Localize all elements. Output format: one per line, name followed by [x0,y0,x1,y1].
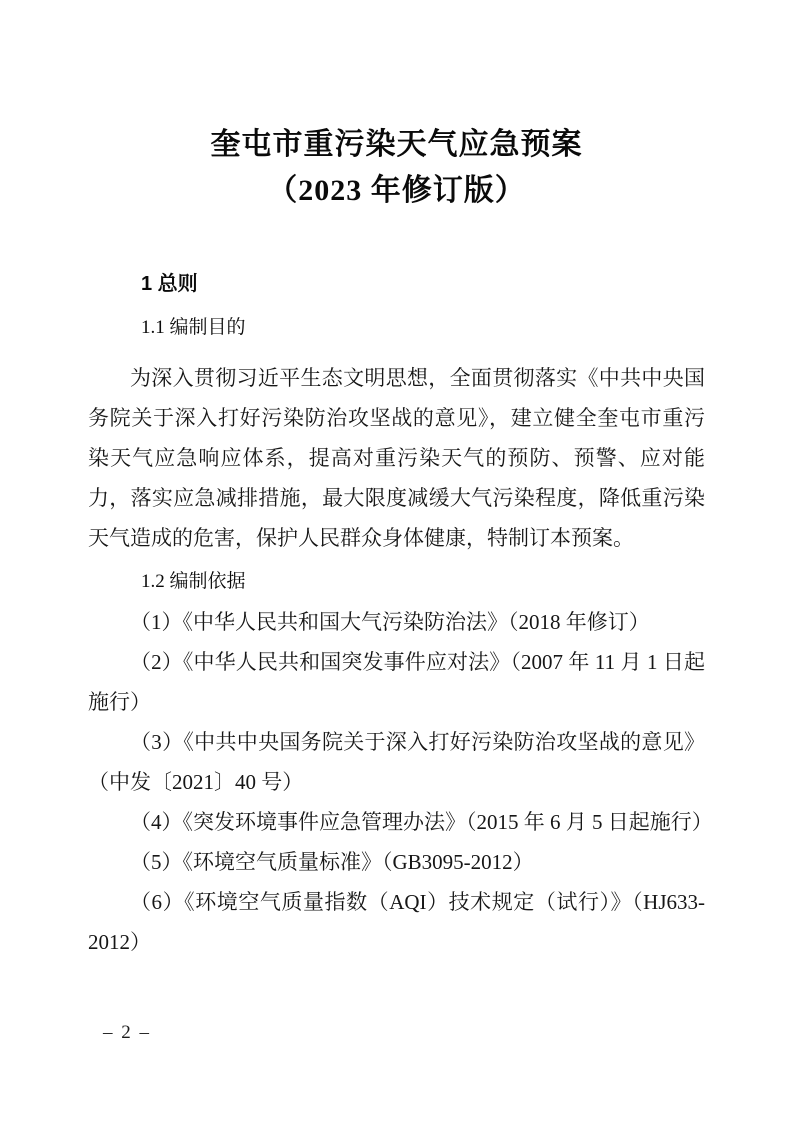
document-title: 奎屯市重污染天气应急预案 （2023 年修订版） [88,122,705,214]
subsection-heading-purpose: 1.1 编制目的 [88,308,705,348]
document-title-line2: （2023 年修订版） [88,168,705,214]
subsection-heading-basis: 1.2 编制依据 [88,562,705,602]
reference-item-5: （5）《环境空气质量标准》（GB3095-2012） [88,842,705,882]
reference-item-6: （6）《环境空气质量指数（AQI）技术规定（试行）》（HJ633-2012） [88,882,705,962]
document-page: 奎屯市重污染天气应急预案 （2023 年修订版） 1 总则 1.1 编制目的 为… [0,0,793,1121]
document-title-line1: 奎屯市重污染天气应急预案 [88,122,705,168]
reference-item-1: （1）《中华人民共和国大气污染防治法》（2018 年修订） [88,602,705,642]
reference-item-3: （3）《中共中央国务院关于深入打好污染防治攻坚战的意见》（中发〔2021〕40 … [88,722,705,802]
purpose-paragraph: 为深入贯彻习近平生态文明思想，全面贯彻落实《中共中央国务院关于深入打好污染防治攻… [88,358,705,558]
reference-item-2: （2）《中华人民共和国突发事件应对法》（2007 年 11 月 1 日起施行） [88,642,705,722]
chapter-heading-general-provisions: 1 总则 [88,264,705,304]
page-number: – 2 – [103,1022,151,1044]
reference-item-4: （4）《突发环境事件应急管理办法》（2015 年 6 月 5 日起施行） [88,802,705,842]
page-content: 奎屯市重污染天气应急预案 （2023 年修订版） 1 总则 1.1 编制目的 为… [0,0,793,962]
